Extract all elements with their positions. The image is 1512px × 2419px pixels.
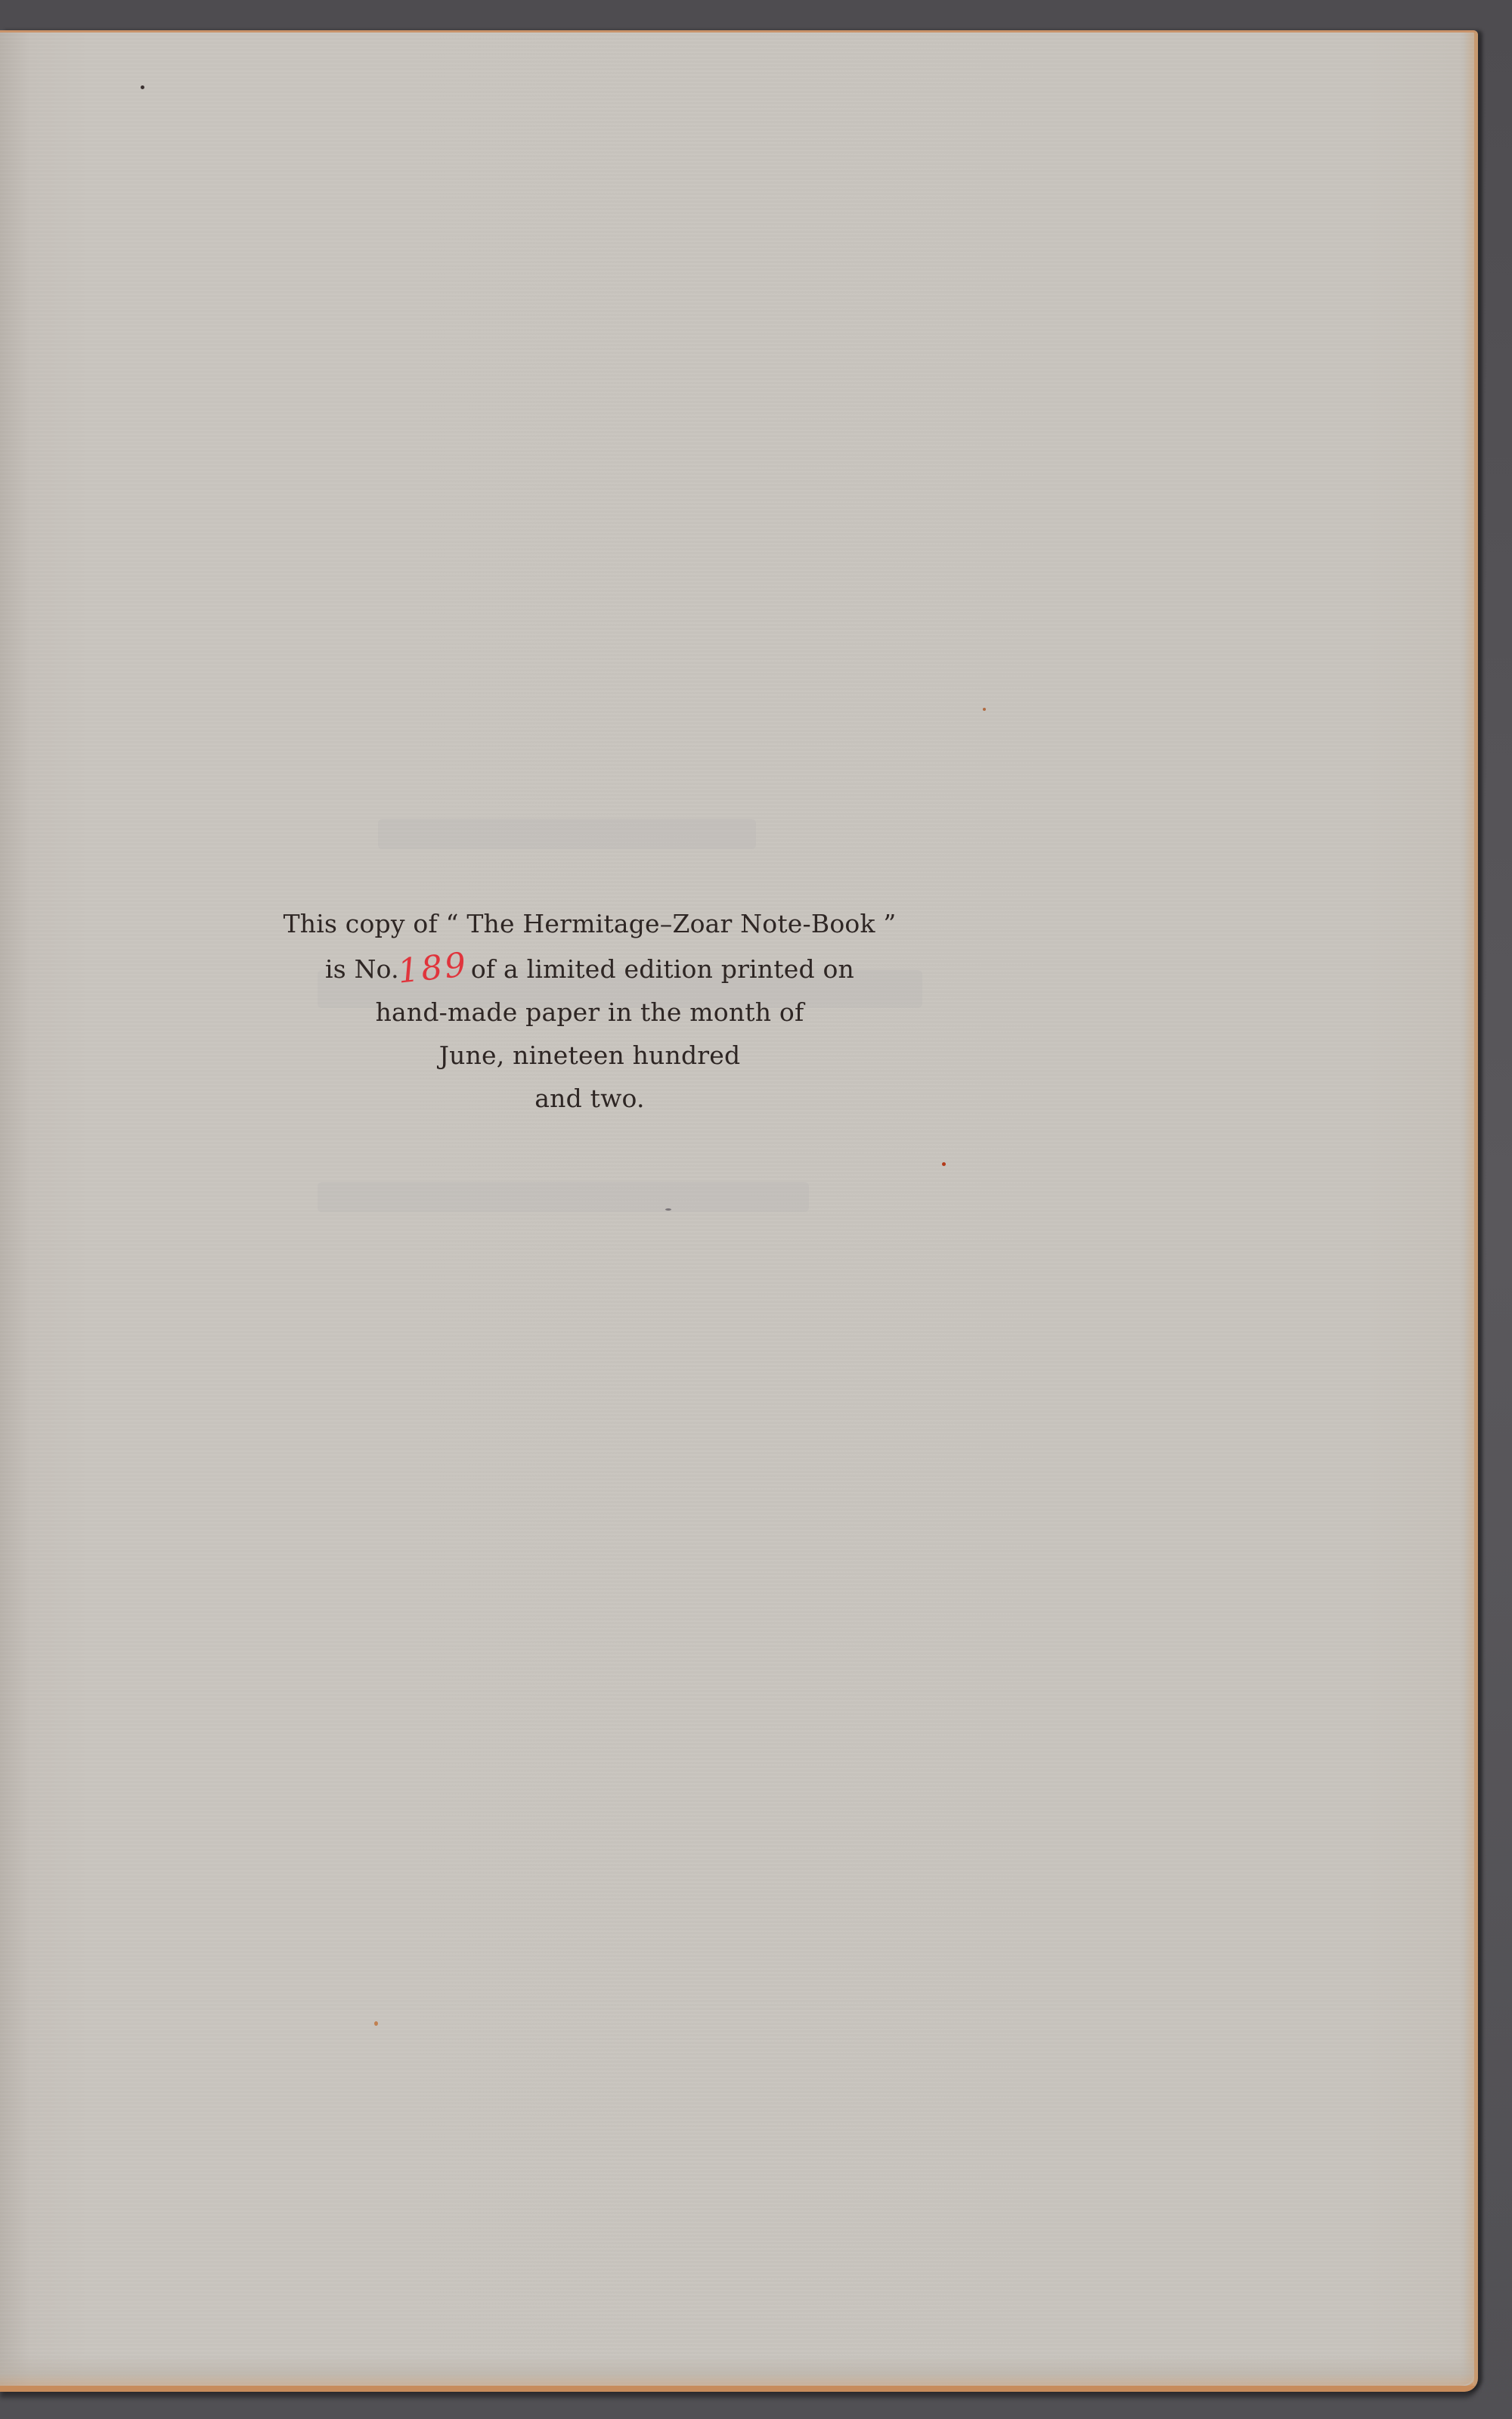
scan-background: This copy of “ The Hermitage–Zoar Note-B… xyxy=(0,0,1512,2419)
show-through-text xyxy=(378,819,756,849)
edition-suffix: of a limited edition printed on xyxy=(471,954,854,984)
handwritten-edition-number: 189 xyxy=(395,943,469,993)
colophon-line-3: hand-made paper in the month of xyxy=(249,991,930,1034)
colophon-line-4: June, nineteen hundred xyxy=(249,1034,930,1077)
right-deckle-edge xyxy=(1464,33,1474,2386)
book-page: This copy of “ The Hermitage–Zoar Note-B… xyxy=(0,30,1478,2392)
colophon-line-5: and two. xyxy=(249,1077,930,1120)
paper-speck xyxy=(983,708,986,711)
paper-speck xyxy=(374,2021,378,2026)
colophon-line-1: This copy of “ The Hermitage–Zoar Note-B… xyxy=(249,902,930,945)
show-through-text xyxy=(318,1182,809,1212)
colophon-line-2: is No.189of a limited edition printed on xyxy=(249,945,930,991)
edition-prefix: is No. xyxy=(325,954,399,984)
colophon-text: This copy of “ The Hermitage–Zoar Note-B… xyxy=(249,902,930,1120)
paper-speck xyxy=(141,85,144,89)
paper-speck xyxy=(665,1208,671,1211)
bottom-deckle-edge xyxy=(0,2355,1474,2386)
paper-speck xyxy=(942,1162,946,1166)
